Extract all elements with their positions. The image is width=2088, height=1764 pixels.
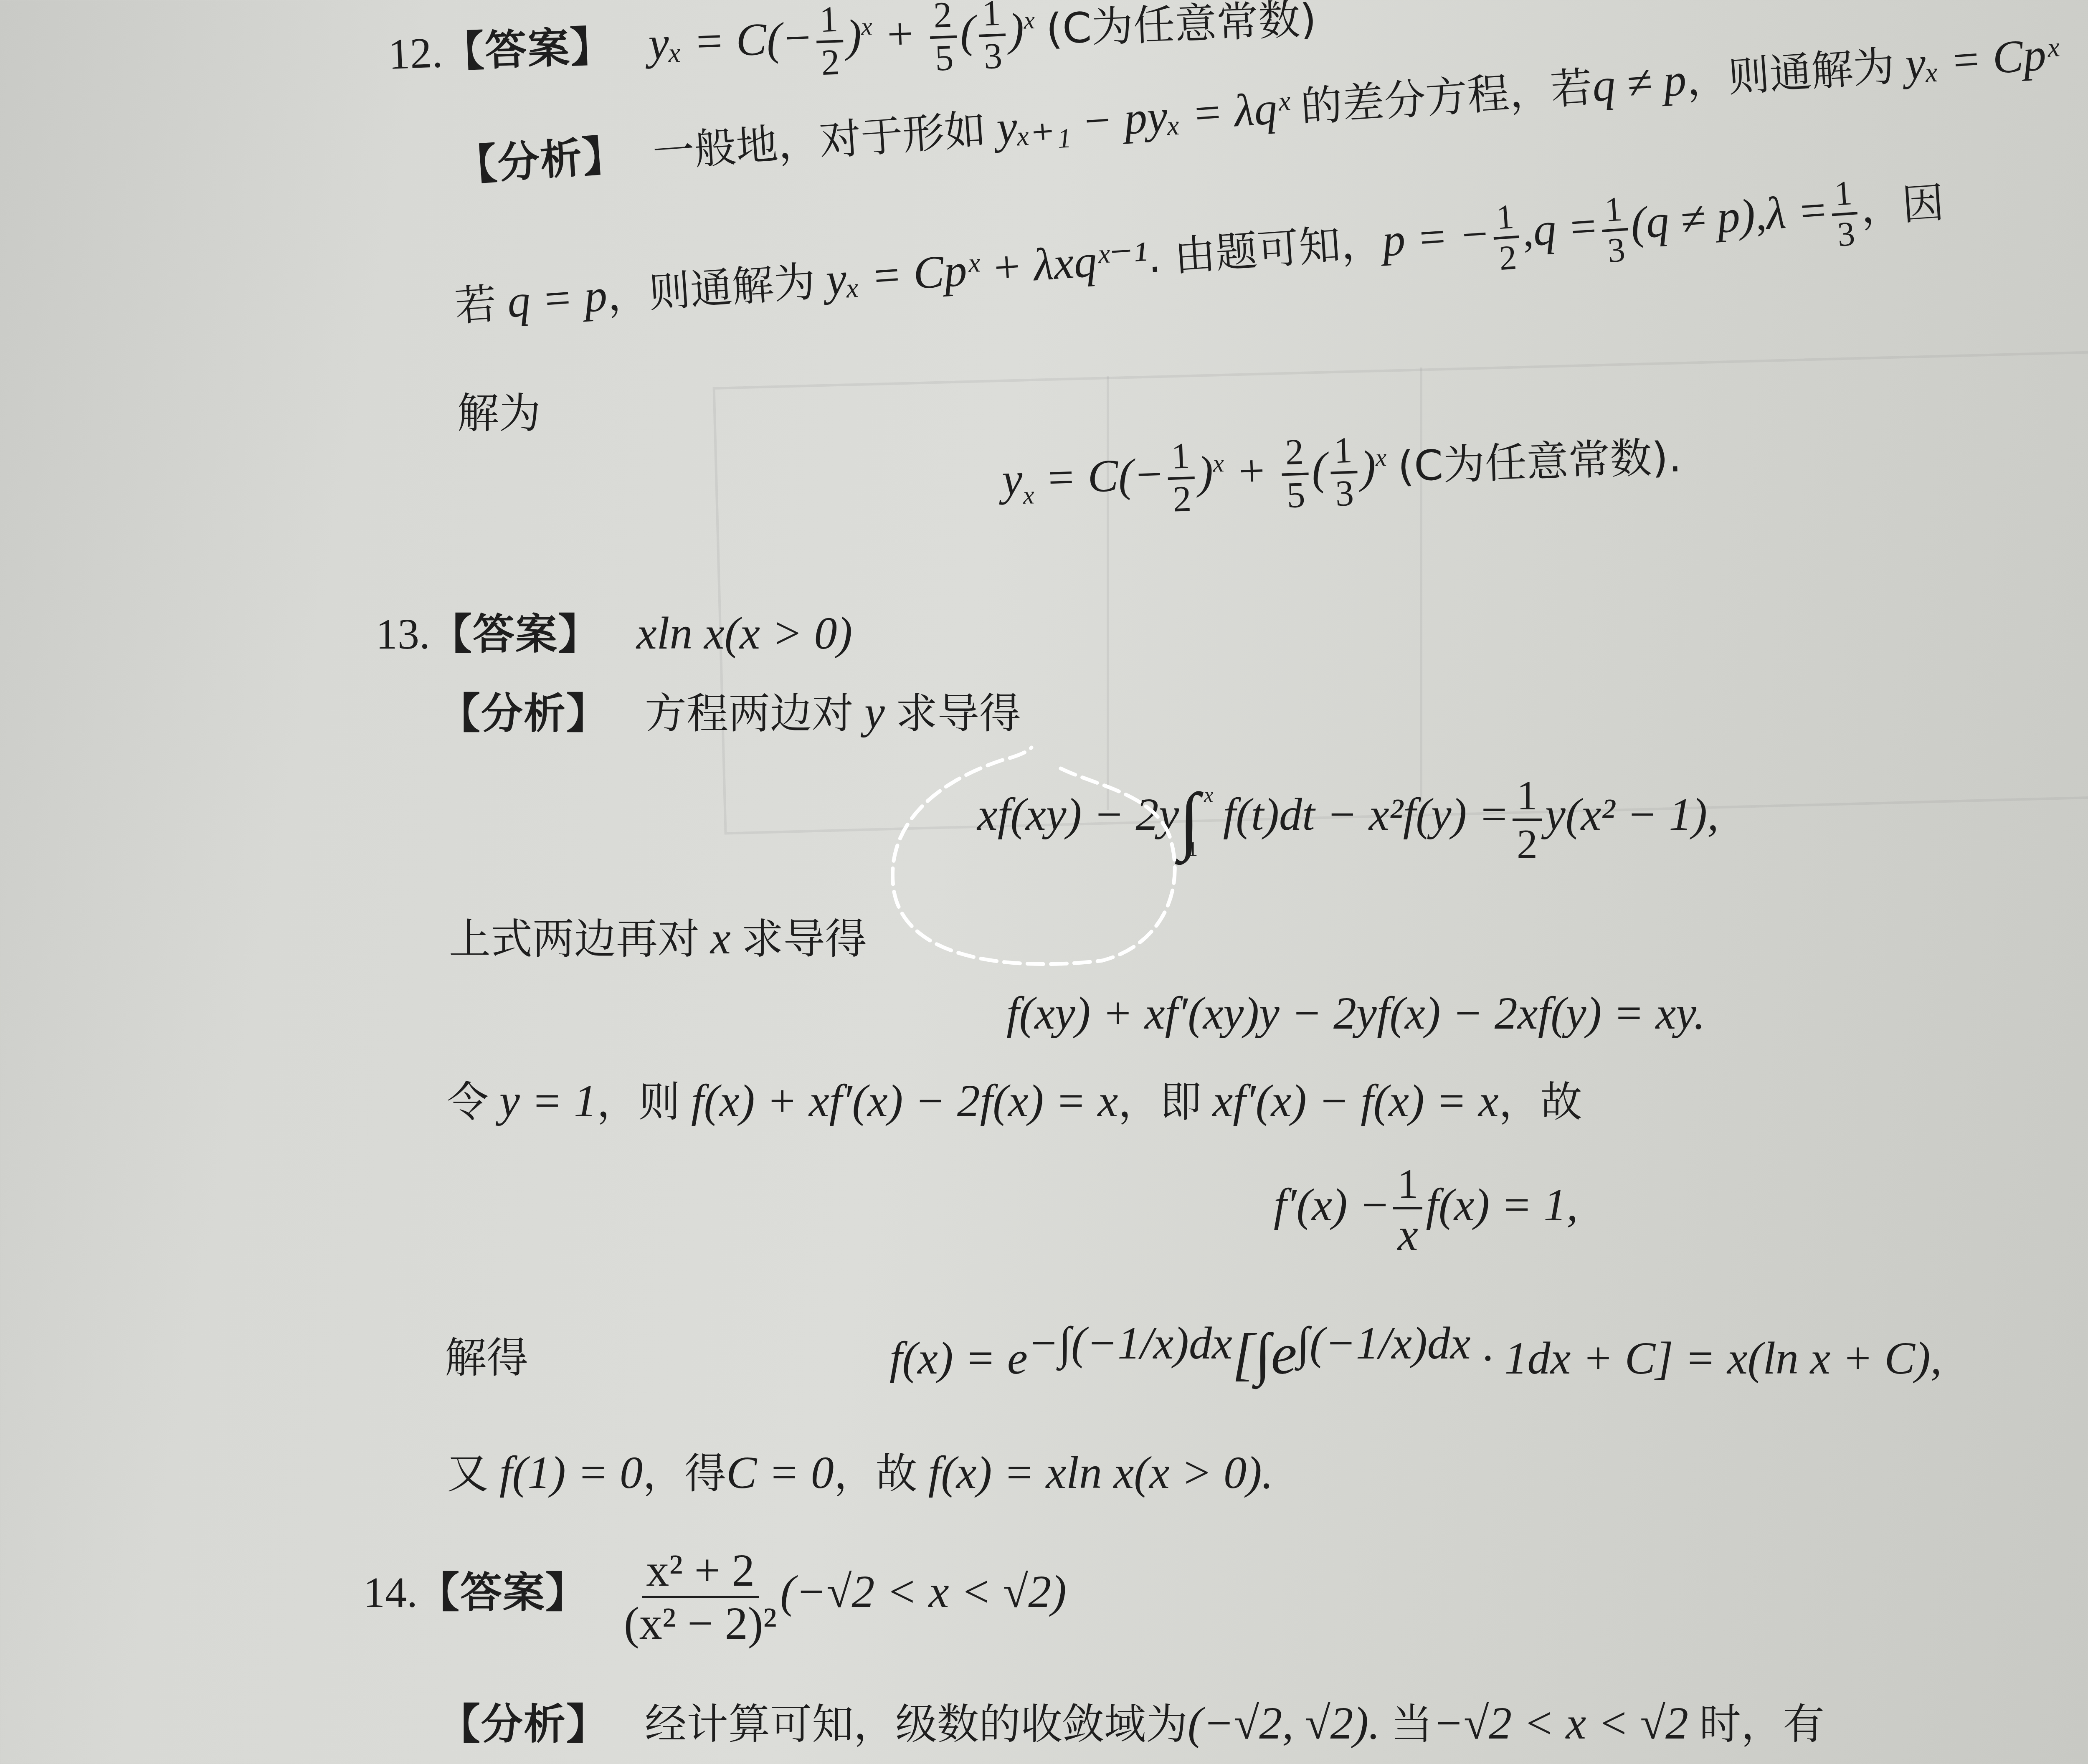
fraction: 13 bbox=[1329, 430, 1359, 514]
analysis-label: 【分析】 bbox=[438, 1700, 609, 1749]
problem-13-equation-1: xf(xy) − 2y∫x1 f(t)dt − x²f(y) =12y(x² −… bbox=[977, 773, 1719, 867]
problem-13-analysis-line-2: 上式两边再对 x 求导得 bbox=[449, 910, 867, 966]
fraction: 13 bbox=[1829, 173, 1860, 254]
answer-label: 【答案】 bbox=[430, 610, 601, 659]
fraction: 1x bbox=[1393, 1161, 1422, 1260]
problem-13-equation-3: f′(x) −1xf(x) = 1, bbox=[1274, 1161, 1578, 1260]
problem-number: 12. bbox=[387, 28, 443, 79]
fraction: 12 bbox=[815, 0, 845, 84]
fraction: x² + 2(x² − 2)² bbox=[624, 1545, 777, 1649]
analysis-label: 【分析】 bbox=[454, 130, 627, 191]
answer-note: (C为任意常数) bbox=[1045, 0, 1318, 53]
problem-14-answer-line: 14.【答案】 x² + 2(x² − 2)²(−√2 < x < √2) bbox=[363, 1545, 1067, 1649]
answer-math: xln x(x > 0) bbox=[636, 608, 852, 659]
fraction: 13 bbox=[977, 0, 1007, 77]
problem-12-analysis-line-2: 若 q = p，则通解为 yₓ = Cpˣ + λxqˣ⁻¹. 由题可知，p =… bbox=[452, 167, 1947, 350]
problem-number: 13. bbox=[376, 610, 430, 658]
answer-label: 【答案】 bbox=[418, 1568, 588, 1617]
textbook-page: 12.【答案】 yₓ = C(−12)x + 25(13)x (C为任意常数) … bbox=[0, 0, 2088, 1764]
problem-14-analysis-line-1: 【分析】 经计算可知，级数的收敛域为(−√2, √2). 当−√2 < x < … bbox=[438, 1696, 1824, 1751]
problem-13-analysis-line-4: 解得 bbox=[445, 1332, 528, 1384]
fraction: 12 bbox=[1513, 773, 1542, 867]
problem-13-analysis-line-3: 令 y = 1，则 f(x) + xf′(x) − 2f(x) = x，即 xf… bbox=[447, 1073, 1582, 1128]
problem-13-answer-line: 13.【答案】 xln x(x > 0) bbox=[376, 606, 852, 661]
problem-13-analysis-line-5: 又 f(1) = 0，得C = 0，故 f(x) = xln x(x > 0). bbox=[447, 1445, 1273, 1500]
analysis-label: 【分析】 bbox=[438, 689, 609, 738]
fraction: 12 bbox=[1491, 197, 1522, 278]
bleed-through-table bbox=[713, 348, 2088, 834]
answer-label: 【答案】 bbox=[441, 21, 613, 77]
fraction: 25 bbox=[1280, 432, 1310, 516]
fraction: 13 bbox=[1599, 190, 1631, 270]
problem-13-equation-2: f(xy) + xf′(xy)y − 2yf(x) − 2xf(y) = xy. bbox=[1006, 986, 1705, 1041]
problem-number: 14. bbox=[363, 1569, 418, 1617]
fraction: 12 bbox=[1166, 436, 1196, 520]
problem-13-analysis-line-1: 【分析】 方程两边对 y 求导得 bbox=[438, 685, 1021, 740]
answer-math: yₓ = C(−12)x + 25(13)x bbox=[648, 3, 1036, 69]
integral-sign: ∫x1 bbox=[1179, 778, 1199, 861]
fraction: 25 bbox=[928, 0, 958, 79]
problem-13-equation-4: f(x) = e−∫(−1/x)dx[∫e∫(−1/x)dx · 1dx + C… bbox=[889, 1315, 1942, 1389]
problem-12-answer-line: 12.【答案】 yₓ = C(−12)x + 25(13)x (C为任意常数) bbox=[387, 0, 1318, 100]
problem-12-analysis-line-3: 解为 bbox=[457, 388, 541, 438]
